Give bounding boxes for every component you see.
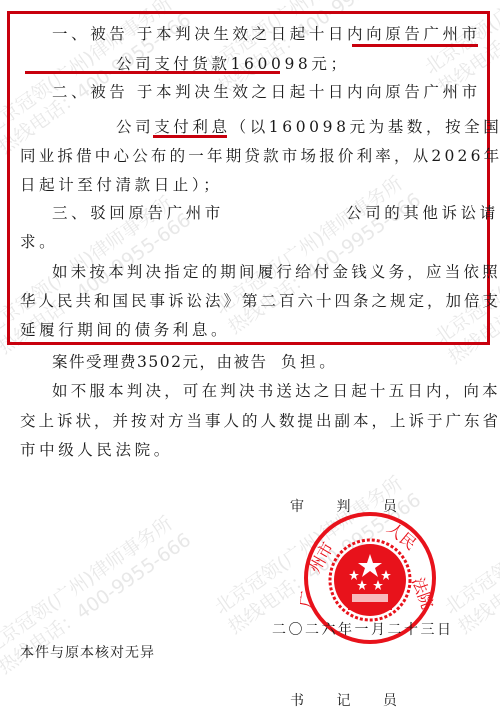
fee-line-b: 负担。 <box>281 352 338 372</box>
judgment-date: 二〇二六年一月二十三日 <box>272 620 454 640</box>
certified-copy-note: 本件与原本核对无异 <box>20 643 155 663</box>
judgment-item-2-line-1: 二、被告 于本判决生效之日起十日内向原告广州市 <box>52 82 481 102</box>
clerk-label: 书 记 员 <box>290 690 411 710</box>
underline-mark <box>25 71 280 74</box>
watermark: 北京冠领(广州)律师事务所热线电话：400-9955-666 <box>440 468 500 639</box>
judgment-item-3-line-2: 求。 <box>20 232 58 252</box>
svg-text:人民: 人民 <box>383 519 420 554</box>
judgment-item-2-line-3: 同业拆借中心公布的一年期贷款市场报价利率，从2026年1月16 <box>20 146 500 166</box>
judgment-item-2-line-4: 日起计至付清款日止）； <box>20 175 222 195</box>
judgment-item-3-line-1a: 三、驳回原告广州市 <box>52 203 224 223</box>
appeal-line-2: 交上诉状，并按对方当事人的人数提出副本，上诉于广东省广州 <box>20 411 500 431</box>
appeal-line-1: 如不服本判决，可在判决书送达之日起十五日内，向本院递 <box>52 381 500 401</box>
fee-line-a: 案件受理费3502元，由被告 <box>52 352 267 372</box>
penalty-line-3: 延履行期间的债务利息。 <box>20 320 230 340</box>
underline-mark <box>352 44 478 47</box>
penalty-line-2: 华人民共和国民事诉讼法》第二百六十四条之规定，加倍支付迟 <box>20 291 500 311</box>
judgment-item-2-line-2: 公司支付利息（以160098元为基数，按全国银行间 <box>116 117 500 137</box>
appeal-line-3: 市中级人民法院。 <box>20 440 173 460</box>
penalty-line-1: 如未按本判决指定的期间履行给付金钱义务，应当依照《中 <box>52 262 500 282</box>
svg-text:广: 广 <box>300 590 317 609</box>
judgment-item-1-line-1: 一、被告 于本判决生效之日起十日内向原告广州市 <box>52 24 481 44</box>
underline-mark <box>153 135 227 138</box>
judgment-item-3-line-1b: 公司的其他诉讼请 <box>346 203 499 223</box>
